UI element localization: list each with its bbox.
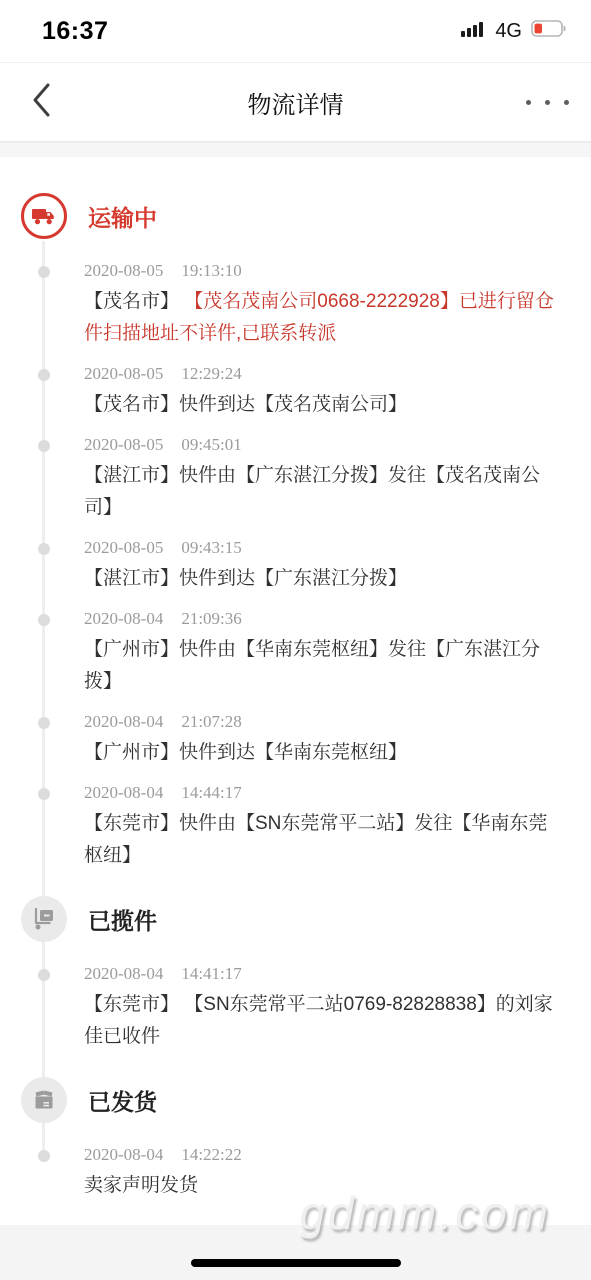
status-bar: 16:37 4G: [0, 0, 591, 62]
entry-timestamp: 2020-08-0509:43:15: [84, 538, 565, 558]
entry-text: 【广州市】快件到达【华南东莞枢纽】: [84, 737, 565, 769]
entry-text: 【东莞市】快件由【SN东莞常平二站】发往【华南东莞枢纽】: [84, 808, 565, 872]
status-bar-right: 4G: [461, 20, 567, 43]
entry-time: 19:13:10: [181, 261, 241, 280]
timeline-dot-icon: [38, 1150, 50, 1162]
entry-date: 2020-08-05: [84, 261, 163, 280]
package-icon: [21, 1077, 67, 1123]
entry-date: 2020-08-05: [84, 538, 163, 557]
timeline-entry: 2020-08-0421:07:28 【广州市】快件到达【华南东莞枢纽】: [84, 712, 565, 769]
timeline-dot-icon: [38, 614, 50, 626]
entry-time: 14:22:22: [181, 1145, 241, 1164]
tracking-timeline: 运输中 2020-08-0519:13:10 【茂名市】 【茂名茂南公司0668…: [0, 157, 591, 1228]
timeline-entry: 2020-08-0512:29:24 【茂名市】快件到达【茂名茂南公司】: [84, 364, 565, 421]
entry-time: 14:41:17: [181, 964, 241, 983]
timeline-entry: 2020-08-0509:43:15 【湛江市】快件到达【广东湛江分拨】: [84, 538, 565, 595]
status-section-in-transit: 运输中: [21, 193, 591, 239]
battery-icon: [531, 20, 567, 42]
timeline-dot-icon: [38, 369, 50, 381]
ellipsis-dot-icon: [526, 100, 531, 105]
entry-timestamp: 2020-08-0519:13:10: [84, 261, 565, 281]
entry-date: 2020-08-05: [84, 435, 163, 454]
entry-text: 【湛江市】快件由【广东湛江分拨】发往【茂名茂南公司】: [84, 460, 565, 524]
entry-timestamp: 2020-08-0421:07:28: [84, 712, 565, 732]
entry-text: 【茂名市】 【茂名茂南公司0668-2222928】已进行留仓件扫描地址不详件,…: [84, 286, 565, 350]
entry-date: 2020-08-05: [84, 364, 163, 383]
nav-bar: 物流详情: [0, 62, 591, 142]
entry-timestamp: 2020-08-0421:09:36: [84, 609, 565, 629]
status-section-picked-up: 已揽件: [21, 896, 591, 942]
entry-timestamp: 2020-08-0414:22:22: [84, 1145, 565, 1165]
more-menu-button[interactable]: [520, 63, 575, 141]
entry-time: 21:09:36: [181, 609, 241, 628]
entry-date: 2020-08-04: [84, 964, 163, 983]
ellipsis-dot-icon: [545, 100, 550, 105]
timeline-dot-icon: [38, 788, 50, 800]
timeline-dot-icon: [38, 543, 50, 555]
entry-time: 09:43:15: [181, 538, 241, 557]
timeline-dot-icon: [38, 969, 50, 981]
entry-timestamp: 2020-08-0414:44:17: [84, 783, 565, 803]
entry-date: 2020-08-04: [84, 1145, 163, 1164]
entry-time: 21:07:28: [181, 712, 241, 731]
entry-text-city: 【茂名市】: [84, 291, 184, 312]
entry-timestamp: 2020-08-0414:41:17: [84, 964, 565, 984]
entry-timestamp: 2020-08-0509:45:01: [84, 435, 565, 455]
timeline-dot-icon: [38, 266, 50, 278]
entry-date: 2020-08-04: [84, 712, 163, 731]
entry-timestamp: 2020-08-0512:29:24: [84, 364, 565, 384]
timeline-dot-icon: [38, 717, 50, 729]
entry-time: 14:44:17: [181, 783, 241, 802]
entry-text: 【茂名市】快件到达【茂名茂南公司】: [84, 389, 565, 421]
status-label: 已发货: [88, 1084, 157, 1117]
status-section-shipped: 已发货: [21, 1077, 591, 1123]
timeline-entry: 2020-08-0509:45:01 【湛江市】快件由【广东湛江分拨】发往【茂名…: [84, 435, 565, 524]
clock-text: 16:37: [42, 17, 108, 46]
truck-icon: [21, 193, 67, 239]
entry-date: 2020-08-04: [84, 783, 163, 802]
timeline-entry: 2020-08-0421:09:36 【广州市】快件由【华南东莞枢纽】发往【广东…: [84, 609, 565, 698]
network-type-label: 4G: [495, 20, 522, 43]
entry-text: 【东莞市】 【SN东莞常平二站0769-82828838】的刘家佳已收件: [84, 989, 565, 1053]
entry-time: 12:29:24: [181, 364, 241, 383]
timeline-entry: 2020-08-0519:13:10 【茂名市】 【茂名茂南公司0668-222…: [84, 261, 565, 350]
section-divider: [0, 142, 591, 157]
logistics-detail-screen: 16:37 4G: [0, 0, 591, 1280]
home-indicator[interactable]: [191, 1259, 401, 1267]
entry-text: 【广州市】快件由【华南东莞枢纽】发往【广东湛江分拨】: [84, 634, 565, 698]
entry-text: 【湛江市】快件到达【广东湛江分拨】: [84, 563, 565, 595]
site-watermark: gdmm.com: [300, 1186, 551, 1240]
timeline-dot-icon: [38, 440, 50, 452]
entry-date: 2020-08-04: [84, 609, 163, 628]
status-label: 已揽件: [88, 903, 157, 936]
handtruck-icon: [21, 896, 67, 942]
timeline-entry: 2020-08-0414:44:17 【东莞市】快件由【SN东莞常平二站】发往【…: [84, 783, 565, 872]
status-label: 运输中: [88, 200, 157, 233]
page-title: 物流详情: [0, 85, 591, 120]
timeline-entry: 2020-08-0414:41:17 【东莞市】 【SN东莞常平二站0769-8…: [84, 964, 565, 1053]
entry-time: 09:45:01: [181, 435, 241, 454]
ellipsis-dot-icon: [564, 100, 569, 105]
cellular-signal-icon: [461, 21, 486, 42]
